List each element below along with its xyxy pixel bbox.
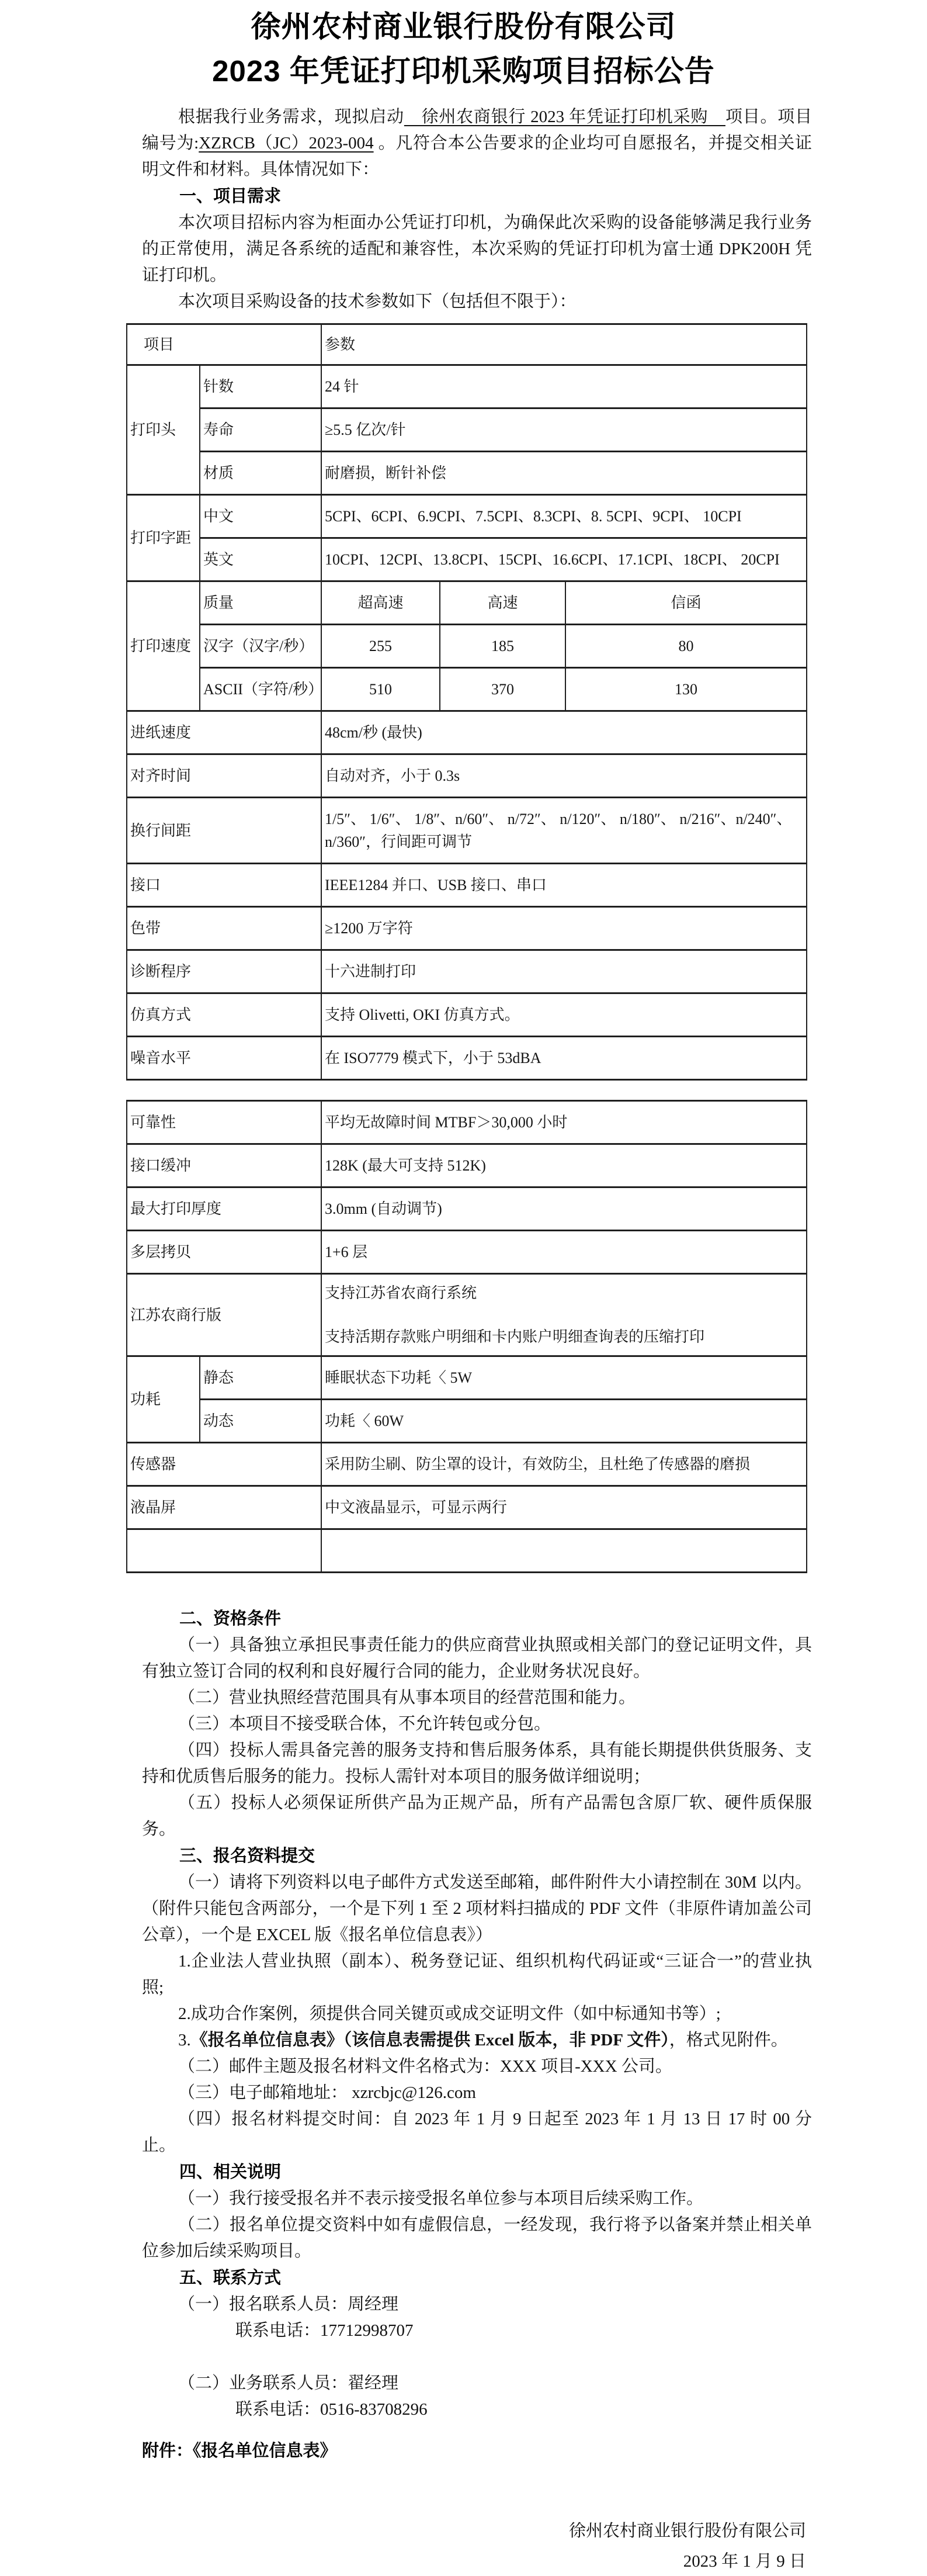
param-value-cell: 48cm/秒 (最快) (321, 711, 807, 754)
param-label-cell: 接口缓冲 (127, 1144, 321, 1187)
param-value-cell: 十六进制打印 (321, 950, 807, 993)
email-label: （三）电子邮箱地址： (178, 2083, 352, 2102)
doc-title-line2: 2023 年凭证打印机采购项目招标公告 (115, 49, 812, 94)
subitem3-number: 3. (178, 2031, 191, 2049)
param-value-cell: 5CPI、6CPI、6.9CPI、7.5CPI、8.3CPI、8. 5CPI、9… (321, 495, 807, 538)
table-row: 可靠性 平均无故障时间 MTBF＞30,000 小时 (127, 1101, 807, 1144)
param-label-cell: 江苏农商行版 (127, 1274, 321, 1356)
table-row-empty (127, 1529, 807, 1573)
param-label-cell: 汉字（汉字/秒） (200, 625, 321, 668)
signature-date: 2023 年 1 月 9 日 (115, 2546, 812, 2576)
speed-value-cell: 510 (321, 668, 440, 711)
phone-label: 联系电话： (235, 2321, 320, 2340)
header-item-cell: 项目 (127, 324, 321, 365)
param-value-cell: 1/5″、 1/6″、 1/8″、n/60″、 n/72″、 n/120″、 n… (321, 798, 807, 864)
param-value-cell: 3.0mm (自动调节) (321, 1187, 807, 1231)
param-value-cell: 在 ISO7779 模式下，小于 53dBA (321, 1037, 807, 1080)
section2-item-1: （一）具备独立承担民事责任能力的供应商营业执照或相关部门的登记证明文件，具有独立… (142, 1632, 812, 1685)
table-row: 诊断程序 十六进制打印 (127, 950, 807, 993)
table-row: 液晶屏 中文液晶显示，可显示两行 (127, 1486, 807, 1529)
contact2-name-line: （二）业务联系人员：翟经理 (142, 2370, 812, 2397)
table-row: 材质 耐磨损，断针补偿 (127, 452, 807, 495)
section2-item-5: （五）投标人必须保证所供产品为正规产品，所有产品需包含原厂软、硬件质保服务。 (142, 1790, 812, 1843)
section2-item-2: （二）营业执照经营范围具有从事本项目的经营范围和能力。 (142, 1685, 812, 1711)
project-name-underlined: 徐州农商银行 2023 年凭证打印机采购 (404, 108, 725, 126)
section4-item-2: （二）报名单位提交资料中如有虚假信息，一经发现，我行将予以备案并禁止相关单位参加… (142, 2212, 812, 2265)
table-row: 汉字（汉字/秒） 255 185 80 (127, 625, 807, 668)
table-row: 多层拷贝 1+6 层 (127, 1231, 807, 1274)
table-row: 江苏农商行版 支持江苏省农商行系统 支持活期存款账户明细和卡内账户明细查询表的压… (127, 1274, 807, 1356)
table-row: 对齐时间 自动对齐，小于 0.3s (127, 754, 807, 798)
param-label-cell: 多层拷贝 (127, 1231, 321, 1274)
speed-value-cell: 185 (440, 625, 565, 668)
param-value-cell: 耐磨损，断针补偿 (321, 452, 807, 495)
section1-paragraph-2: 本次项目采购设备的技术参数如下（包括但不限于）： (142, 289, 812, 315)
signature-company: 徐州农村商业银行股份有限公司 (115, 2516, 812, 2546)
section3-heading: 三、报名资料提交 (142, 1843, 812, 1869)
param-label-cell: 材质 (200, 452, 321, 495)
spacer (115, 2344, 812, 2370)
table-row: 打印字距 中文 5CPI、6CPI、6.9CPI、7.5CPI、8.3CPI、8… (127, 495, 807, 538)
group-label-cell: 功耗 (127, 1356, 200, 1443)
speed-value-cell: 130 (565, 668, 807, 711)
param-label-cell: 可靠性 (127, 1101, 321, 1144)
param-label-cell: 静态 (200, 1356, 321, 1400)
param-value-cell: ≥1200 万字符 (321, 907, 807, 950)
table-row: 进纸速度 48cm/秒 (最快) (127, 711, 807, 754)
group-label-cell: 打印字距 (127, 495, 200, 581)
speed-col-header: 超高速 (321, 581, 440, 625)
section3-subitem-1: 1.企业法人营业执照（副本）、税务登记证、组织机构代码证或“三证合一”的营业执照… (142, 1948, 812, 2001)
project-number-underlined: XZRCB（JC）2023-004 (199, 134, 373, 153)
param-label-cell: ASCII（字符/秒） (200, 668, 321, 711)
param-label-cell: 进纸速度 (127, 711, 321, 754)
param-label-cell: 接口 (127, 864, 321, 907)
table-row: 噪音水平 在 ISO7779 模式下，小于 53dBA (127, 1037, 807, 1080)
param-value-cell: 1+6 层 (321, 1231, 807, 1274)
section3-item-4: （四）报名材料提交时间：自 2023 年 1 月 9 日起至 2023 年 1 … (142, 2106, 812, 2159)
table-row: 接口缓冲 128K (最大可支持 512K) (127, 1144, 807, 1187)
speed-value-cell: 370 (440, 668, 565, 711)
section3-subitem-3: 3.《报名单位信息表》（该信息表需提供 Excel 版本，非 PDF 文件），格… (142, 2027, 812, 2054)
table-row: 功耗 静态 睡眠状态下功耗〈 5W (127, 1356, 807, 1400)
param-value-cell: 支持江苏省农商行系统 支持活期存款账户明细和卡内账户明细查询表的压缩打印 (321, 1274, 807, 1356)
param-label-cell: 传感器 (127, 1443, 321, 1486)
speed-col-header: 高速 (440, 581, 565, 625)
param-label-cell: 液晶屏 (127, 1486, 321, 1529)
section3-item-2: （二）邮件主题及报名材料文件名格式为：XXX 项目-XXX 公司。 (142, 2054, 812, 2080)
email-address: xzrcbjc@126.com (352, 2083, 476, 2102)
section2-heading: 二、资格条件 (142, 1605, 812, 1632)
subitem3-tail: ，格式见附件。 (669, 2031, 788, 2049)
group-label-cell: 打印头 (127, 365, 200, 495)
doc-title-line1: 徐州农村商业银行股份有限公司 (115, 5, 812, 49)
param-value-cell: 支持 Olivetti, OKI 仿真方式。 (321, 993, 807, 1037)
contact1-phone-line: 联系电话：17712998707 (142, 2318, 812, 2344)
attachment-line: 附件：《报名单位信息表》 (142, 2438, 812, 2464)
section3-subitem-2: 2.成功合作案例，须提供合同关键页或成交证明文件（如中标通知书等）; (142, 2001, 812, 2027)
param-label-cell: 针数 (200, 365, 321, 408)
contact2-phone-line: 联系电话：0516-83708296 (142, 2397, 812, 2423)
param-value-cell: 睡眠状态下功耗〈 5W (321, 1356, 807, 1400)
speed-value-cell: 255 (321, 625, 440, 668)
header-param-cell: 参数 (321, 324, 807, 365)
table-row: ASCII（字符/秒） 510 370 130 (127, 668, 807, 711)
param-label-cell: 英文 (200, 538, 321, 581)
section2-item-4: （四）投标人需具备完善的服务支持和售后服务体系，具有能长期提供供货服务、支持和优… (142, 1737, 812, 1790)
param-value-cell: 中文液晶显示，可显示两行 (321, 1486, 807, 1529)
phone-number: 17712998707 (320, 2321, 414, 2340)
param-label-cell: 寿命 (200, 408, 321, 452)
speed-value-cell: 80 (565, 625, 807, 668)
phone-number: 0516-83708296 (320, 2400, 428, 2419)
param-value-cell: ≥5.5 亿次/针 (321, 408, 807, 452)
section3-item-3: （三）电子邮箱地址： xzrcbjc@126.com (142, 2080, 812, 2106)
param-value-cell: 10CPI、12CPI、13.8CPI、15CPI、16.6CPI、17.1CP… (321, 538, 807, 581)
group-label-cell: 打印速度 (127, 581, 200, 711)
param-label-cell: 诊断程序 (127, 950, 321, 993)
param-value-cell: 自动对齐，小于 0.3s (321, 754, 807, 798)
param-value-cell: 24 针 (321, 365, 807, 408)
table-row: 仿真方式 支持 Olivetti, OKI 仿真方式。 (127, 993, 807, 1037)
table-row: 换行间距 1/5″、 1/6″、 1/8″、n/60″、 n/72″、 n/12… (127, 798, 807, 864)
table-row: 动态 功耗〈 60W (127, 1400, 807, 1443)
table-row: 寿命 ≥5.5 亿次/针 (127, 408, 807, 452)
intro-paragraph: 根据我行业务需求，现拟启动 徐州农商银行 2023 年凭证打印机采购 项目。项目… (142, 104, 812, 183)
speed-col-header: 信函 (565, 581, 807, 625)
param-label-cell: 最大打印厚度 (127, 1187, 321, 1231)
section2-item-3: （三）本项目不接受联合体，不允许转包或分包。 (142, 1711, 812, 1737)
param-label-cell: 质量 (200, 581, 321, 625)
jsbank-value-line2: 支持活期存款账户明细和卡内账户明细查询表的压缩打印 (325, 1325, 803, 1348)
signature-block: 徐州农村商业银行股份有限公司 2023 年 1 月 9 日 (115, 2516, 812, 2576)
document-page: 徐州农村商业银行股份有限公司 2023 年凭证打印机采购项目招标公告 根据我行业… (0, 0, 927, 2576)
table-row: 打印速度 质量 超高速 高速 信函 (127, 581, 807, 625)
section1-heading: 一、项目需求 (142, 183, 812, 210)
table-row: 英文 10CPI、12CPI、13.8CPI、15CPI、16.6CPI、17.… (127, 538, 807, 581)
param-label-cell: 换行间距 (127, 798, 321, 864)
phone-label: 联系电话： (235, 2400, 320, 2419)
section4-item-1: （一）我行接受报名并不表示接受报名单位参与本项目后续采购工作。 (142, 2186, 812, 2212)
param-value-cell: 128K (最大可支持 512K) (321, 1144, 807, 1187)
section3-item-1: （一）请将下列资料以电子邮件方式发送至邮箱，邮件附件大小请控制在 30M 以内。… (142, 1869, 812, 1948)
table-row: 传感器 采用防尘刷、防尘罩的设计，有效防尘，且杜绝了传感器的磨损 (127, 1443, 807, 1486)
tech-params-table-1: 项目 参数 打印头 针数 24 针 寿命 ≥5.5 亿次/针 材质 耐磨损，断针… (126, 323, 807, 1081)
param-label-cell: 对齐时间 (127, 754, 321, 798)
section4-heading: 四、相关说明 (142, 2159, 812, 2186)
table-row: 色带 ≥1200 万字符 (127, 907, 807, 950)
jsbank-value-line1: 支持江苏省农商行系统 (325, 1282, 803, 1304)
section5-heading: 五、联系方式 (142, 2265, 812, 2291)
param-label-cell: 仿真方式 (127, 993, 321, 1037)
contact1-name-line: （一）报名联系人员：周经理 (142, 2291, 812, 2318)
param-label-cell: 色带 (127, 907, 321, 950)
table-header-row: 项目 参数 (127, 324, 807, 365)
param-value-cell: 功耗〈 60W (321, 1400, 807, 1443)
param-label-cell: 中文 (200, 495, 321, 538)
table-row: 最大打印厚度 3.0mm (自动调节) (127, 1187, 807, 1231)
param-value-cell (321, 1529, 807, 1573)
intro-text-pre: 根据我行业务需求，现拟启动 (178, 108, 404, 126)
param-value-cell: IEEE1284 并口、USB 接口、串口 (321, 864, 807, 907)
param-label-cell: 噪音水平 (127, 1037, 321, 1080)
table-row: 打印头 针数 24 针 (127, 365, 807, 408)
param-label-cell (127, 1529, 321, 1573)
param-value-cell: 平均无故障时间 MTBF＞30,000 小时 (321, 1101, 807, 1144)
section1-paragraph-1: 本次项目招标内容为柜面办公凭证打印机，为确保此次采购的设备能够满足我行业务的正常… (142, 210, 812, 289)
tech-params-table-2: 可靠性 平均无故障时间 MTBF＞30,000 小时 接口缓冲 128K (最大… (126, 1100, 807, 1573)
table-row: 接口 IEEE1284 并口、USB 接口、串口 (127, 864, 807, 907)
param-label-cell: 动态 (200, 1400, 321, 1443)
attachment-form-name-bold: 《报名单位信息表》（该信息表需提供 Excel 版本，非 PDF 文件） (191, 2031, 669, 2049)
param-value-cell: 采用防尘刷、防尘罩的设计，有效防尘，且杜绝了传感器的磨损 (321, 1443, 807, 1486)
